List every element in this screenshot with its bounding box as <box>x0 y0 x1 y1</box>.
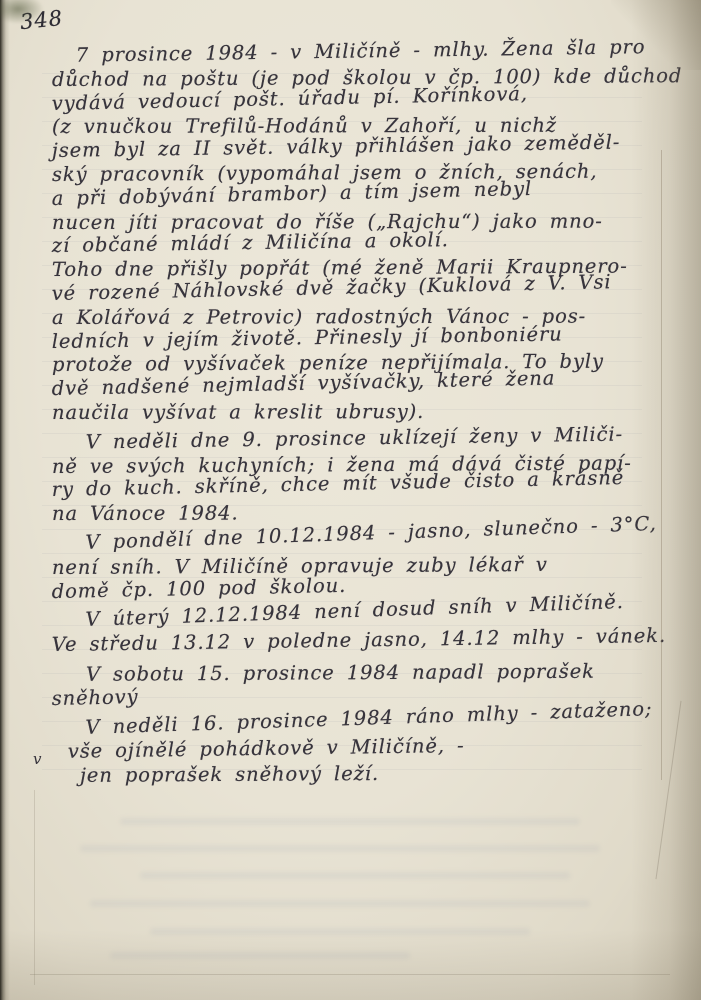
text-line: jen poprašek sněhový leží. <box>52 760 658 787</box>
book-binding-edge <box>0 0 10 1000</box>
text-line: V neděli dne 9. prosince uklízejí ženy v… <box>52 422 658 455</box>
chronicle-page-photo: 348 7 prosince 1984 - v Miličíně - mlhy.… <box>0 0 701 1000</box>
text-line: naučila vyšívat a kreslit ubrusy). <box>52 399 658 424</box>
bleedthrough-ghost-line <box>120 818 580 825</box>
margin-checkmark: v <box>33 750 41 768</box>
bleedthrough-ghost-line <box>90 900 590 907</box>
page-curve-shadow-right <box>631 0 701 1000</box>
bleedthrough-ghost-line <box>80 845 600 852</box>
bleedthrough-ghost-line <box>140 872 570 879</box>
corner-shadow-top-right <box>611 0 701 70</box>
page-shadow-bottom <box>0 930 701 1000</box>
text-line: 7 prosince 1984 - v Miličíně - mlhy. Žen… <box>52 35 658 68</box>
handwritten-text-block: 7 prosince 1984 - v Miličíně - mlhy. Žen… <box>52 44 658 788</box>
